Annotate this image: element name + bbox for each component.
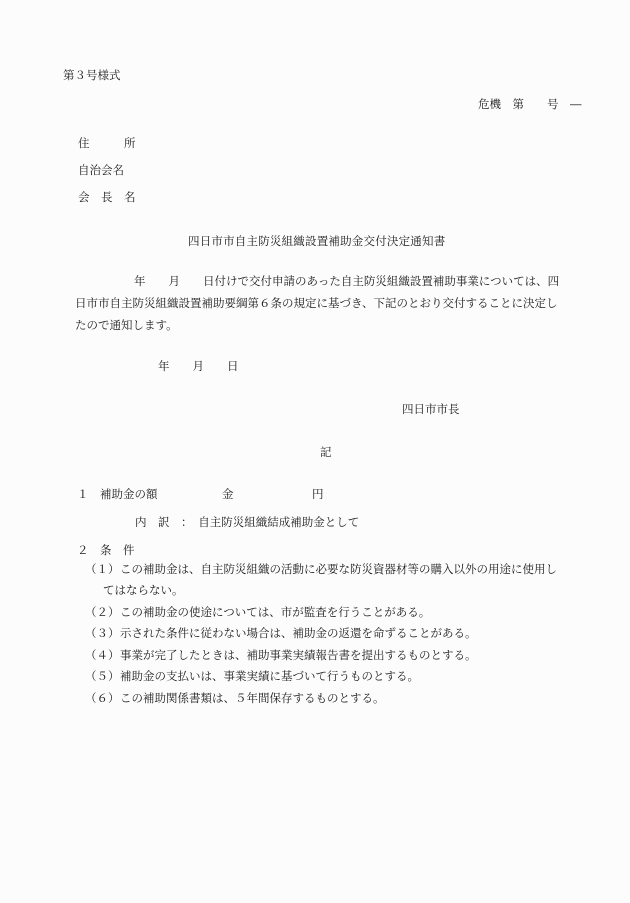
ki-heading: 記 <box>320 445 332 459</box>
condition-number: （５） <box>85 669 120 683</box>
condition-text-continued: てはならない。 <box>103 583 184 597</box>
section1-heading: １ 補助金の額 <box>77 487 158 501</box>
amount-prefix: 金 <box>222 487 234 501</box>
chairperson-label: 会 長 名 <box>78 190 136 204</box>
breakdown: 内 訳 ： 自主防災組織結成補助金として <box>135 515 359 529</box>
address-label: 住 所 <box>78 136 136 150</box>
condition-text: この補助金の使途については、市が監査を行うことがある。 <box>120 605 430 619</box>
reference-number: 危機 第 号 ― <box>478 97 582 111</box>
amount-suffix: 円 <box>312 487 324 501</box>
condition-text: 事業が完了したときは、補助事業実績報告書を提出するものとする。 <box>120 648 477 662</box>
document-title: 四日市市自主防災組織設置補助金交付決定通知書 <box>188 234 445 248</box>
condition-number: （６） <box>85 691 120 705</box>
condition-number: （４） <box>85 648 120 662</box>
issuer: 四日市市長 <box>402 402 460 416</box>
form-number: 第３号様式 <box>63 68 121 82</box>
condition-number: （３） <box>85 626 120 640</box>
association-label: 自治会名 <box>78 163 124 177</box>
date-line: 年 月 日 <box>158 359 239 373</box>
body-line-1: 年 月 日付けで交付申請のあった自主防災組織設置補助事業については、四 <box>134 274 559 288</box>
condition-number: （１） <box>85 562 120 576</box>
condition-text: この補助金は、自主防災組織の活動に必要な防災資器材等の購入以外の用途に使用し <box>120 562 557 576</box>
condition-text: 補助金の支払いは、事業実績に基づいて行うものとする。 <box>120 669 419 683</box>
body-line-2: 日市市自主防災組織設置補助要綱第６条の規定に基づき、下記のとおり交付することに決… <box>75 296 558 310</box>
condition-number: （２） <box>85 605 120 619</box>
condition-text: 示された条件に従わない場合は、補助金の返還を命ずることがある。 <box>120 626 477 640</box>
body-line-3: たので通知します。 <box>75 318 178 332</box>
section2-heading: ２ 条 件 <box>77 543 135 557</box>
condition-text: この補助関係書類は、５年間保存するものとする。 <box>120 691 385 705</box>
